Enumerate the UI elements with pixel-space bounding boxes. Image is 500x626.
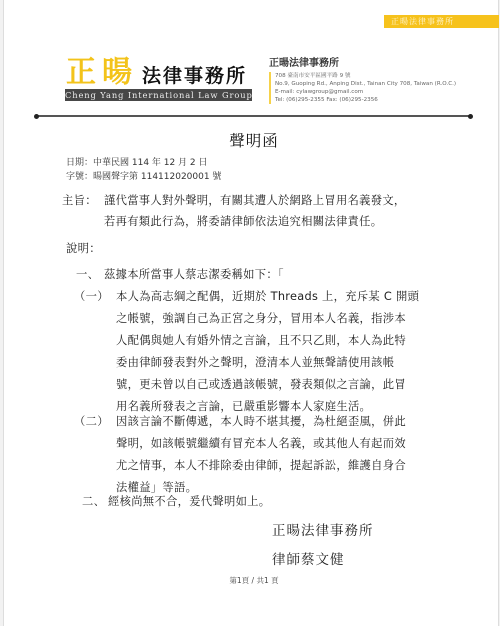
sub-item-1-line: 號，更未曾以自己或透過該帳號，發表類似之言論，此冒 bbox=[116, 376, 406, 392]
sub-item-1-line: 之帳號，強調自己為正宮之身分，冒用本人名義，指涉本 bbox=[116, 310, 406, 326]
header-divider bbox=[36, 115, 471, 117]
logo-brand-name: 正暘 bbox=[66, 56, 138, 90]
document-title: 聲明函 bbox=[4, 129, 500, 151]
address-en: No.9, Guoping Rd., Anping Dist., Tainan … bbox=[275, 80, 456, 88]
subject-line: 若再有類此行為，將委請律師依法追究相關法律責任。 bbox=[104, 213, 382, 229]
subject-label: 主旨： bbox=[62, 192, 97, 208]
phone-fax: Tel: (06)295-2355 Fax: (06)295-2356 bbox=[275, 96, 456, 104]
logo-firm-type: 法律事務所 bbox=[142, 62, 247, 90]
sub-item-1-line: 委由律師發表對外之聲明，澄清本人並無聲請使用該帳 bbox=[116, 354, 394, 370]
firm-name: 正暘法律事務所 bbox=[269, 54, 456, 69]
explanation-label: 說明： bbox=[66, 240, 101, 256]
document-date: 日期：中華民國 114 年 12 月 2 日 bbox=[66, 155, 208, 168]
logo-english-name: Cheng Yang International Law Group bbox=[65, 89, 252, 101]
sub-item-1-line: 用名義所發表之言論，已嚴重影響本人家庭生活。 bbox=[116, 398, 371, 414]
firm-contact-block: 正暘法律事務所 708 臺南市安平區國平路 9 號 No.9, Guoping … bbox=[269, 54, 456, 104]
sub-item-2-line: 尤之情事，本人不排除委由律師，提起訴訟，維護自身合 bbox=[116, 457, 406, 473]
email: E-mail: cylawgroup@gmail.com bbox=[275, 88, 456, 96]
signature-firm: 正暘法律事務所 bbox=[272, 519, 374, 539]
sub-item-1-line: 人配偶與她人有婚外情之言論，且不只乙則，本人為此特 bbox=[116, 332, 406, 348]
header-tag: 正暘法律事務所 bbox=[384, 15, 499, 28]
subject-line: 謹代當事人對外聲明，有關其遭人於網路上冒用名義發文， bbox=[104, 192, 406, 208]
sub-item-2-line: 聲明，如該帳號繼續有冒充本人名義，或其他人有起而效 bbox=[116, 435, 406, 451]
sub-item-1-line: 本人為高志綱之配偶，近期於 Threads 上，充斥某 C 開頭 bbox=[116, 288, 419, 304]
item-1-text: 茲據本所當事人蔡志潔委稱如下：「 bbox=[104, 266, 284, 282]
document-ref-no: 字號：暘國聲字第 114112020001 號 bbox=[66, 169, 221, 182]
item-2-text: 經核尚無不合，爰代聲明如上。 bbox=[108, 493, 270, 509]
sub-item-2-label: （二） bbox=[74, 413, 109, 429]
document-page: 正暘法律事務所 正暘 法律事務所 Cheng Yang Internationa… bbox=[3, 0, 499, 626]
item-1-label: 一、 bbox=[76, 266, 99, 282]
sub-item-1-label: （一） bbox=[74, 288, 109, 304]
address-cn: 708 臺南市安平區國平路 9 號 bbox=[275, 72, 456, 80]
firm-logo: 正暘 法律事務所 bbox=[66, 50, 247, 90]
page-indicator: 第1頁 / 共1 頁 bbox=[4, 575, 500, 586]
signature-lawyer: 律師蔡文健 bbox=[272, 548, 345, 568]
sub-item-2-line: 因該言論不斷傳遞，本人時不堪其擾，為杜絕歪風，併此 bbox=[116, 413, 406, 429]
item-2-label: 二、 bbox=[82, 493, 105, 509]
